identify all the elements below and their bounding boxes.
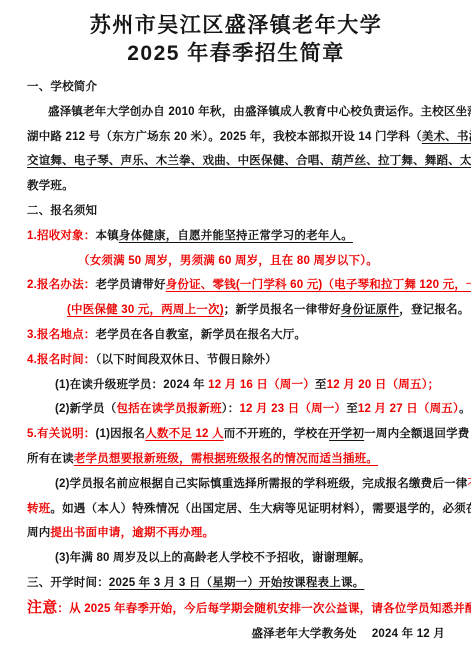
text-segment: (2)新学员（ — [55, 403, 116, 415]
text-segment: 2.报名办法： — [27, 279, 96, 291]
intro-line3: 交谊舞、电子琴、声乐、木兰拳、戏曲、中医保健、合唱、葫芦丝、拉丁舞、舞蹈、太极拳… — [27, 149, 445, 174]
intro-line4: 教学班。 — [27, 174, 445, 199]
text-segment: 。如遇（本人）特殊情况（出国定居、生大病等见证明材料），需要退学的，必须在开学后… — [50, 503, 471, 515]
text-segment: (中医保健 30 元，两周上一次) — [67, 304, 224, 316]
text-segment: 老学员想要报新班级，需根据班级报名的情况而适当插班。 — [74, 453, 378, 465]
section-heading-1: 一、学校简介 — [27, 75, 445, 100]
text-segment: 一、学校简介 — [27, 81, 97, 93]
item5-sub2-line3: 周内提出书面申请，逾期不再办理。 — [27, 521, 445, 546]
text-segment: 周内 — [27, 527, 50, 539]
text-segment: 盛泽镇老年大学创办自 2010 年秋，由盛泽镇成人教育中心校负责运作。主校区坐落… — [48, 106, 471, 118]
text-segment: 而不开班的，学校在 — [224, 428, 329, 440]
item2-line2: (中医保健 30 元，两周上一次)；新学员报名一律带好身份证原件，登记报名。 — [27, 298, 445, 323]
intro-line1: 盛泽镇老年大学创办自 2010 年秋，由盛泽镇成人教育中心校负责运作。主校区坐落… — [27, 100, 445, 125]
item5-line1: 5.有关说明：(1)因报名人数不足 12 人而不开班的，学校在开学初一周内全额退… — [27, 422, 445, 447]
text-segment: 1.招收对象： — [27, 230, 96, 242]
text-segment: 12 月 16 日（周一） — [208, 379, 315, 391]
text-segment: 老学员请带好 — [96, 279, 166, 291]
text-segment: （女须满 50 周岁，男须满 60 周岁，且在 80 周岁以下）。 — [78, 255, 378, 267]
text-segment: ）： — [222, 403, 240, 415]
text-segment: 2025 年春季招生简章 — [127, 42, 345, 65]
section-heading-3: 三、开学时间：2025 年 3 月 3 日（星期一）开始按课程表上课。 — [27, 571, 445, 596]
text-segment: 教学班。 — [27, 180, 74, 192]
text-segment: 注意 — [27, 599, 57, 616]
text-segment: 身体健康，自愿并能坚持正常学习的老年人。 — [119, 230, 353, 242]
enrollment-brochure-document: 苏州市吴江区盛泽镇老年大学2025 年春季招生简章一、学校简介盛泽镇老年大学创办… — [0, 0, 471, 646]
text-segment: 12 月 27 日（周五） — [358, 403, 459, 415]
item4-sub2: (2)新学员（包括在读学员报新班）：12 月 23 日（周一）至12 月 27 … — [27, 397, 445, 422]
text-segment: (2)学员报名前应根据自己实际慎重选择所需报的学科班级，完成报名缴费后一律 — [55, 478, 467, 490]
text-segment: 提出书面申请，逾期不再办理。 — [50, 527, 214, 539]
text-segment: 开学初 — [329, 428, 364, 440]
text-segment: ，登记报名。 — [399, 304, 469, 316]
text-segment: 二、报名须知 — [27, 205, 97, 217]
text-segment: 苏州市吴江区盛泽镇老年大学 — [90, 14, 383, 37]
text-segment: 老学员在各自教室，新学员在报名大厅。 — [96, 329, 307, 341]
intro-line2: 湖中路 212 号（东方广场东 20 米）。2025 年，我校本部拟开设 14 … — [27, 125, 445, 150]
text-segment: 转班 — [27, 503, 50, 515]
item5-line2: 所有在读老学员想要报新班级，需根据班级报名的情况而适当插班。 — [27, 447, 445, 472]
text-segment: 。 — [459, 403, 471, 415]
item1-line2: （女须满 50 周岁，男须满 60 周岁，且在 80 周岁以下）。 — [27, 249, 445, 274]
item4-line1: 4.报名时间：（以下时间段双休日、节假日除外） — [27, 348, 445, 373]
doc-title-line1: 苏州市吴江区盛泽镇老年大学 — [27, 12, 445, 40]
text-segment: 三、开学时间： — [27, 577, 109, 589]
text-segment: (3)年满 80 周岁及以上的高龄老人学校不予招收，谢谢理解。 — [55, 552, 370, 564]
text-segment: 一周内全额退回学费； — [364, 428, 471, 440]
text-segment: （以下时间段双休日、节假日除外） — [96, 354, 277, 366]
text-segment: (1)在读升级班学员：2024 年 — [55, 379, 208, 391]
text-segment: 2025 年 3 月 3 日（星期一）开始按课程表上课。 — [109, 577, 364, 589]
item5-sub2-line1: (2)学员报名前应根据自己实际慎重选择所需报的学科班级，完成报名缴费后一律不予退… — [27, 472, 445, 497]
text-segment: ；新学员报名一律带好 — [224, 304, 341, 316]
text-segment: 3.报名地点： — [27, 329, 96, 341]
text-segment: 身份证原件 — [341, 304, 400, 316]
notice-line: 注意：从 2025 年春季开始，今后每学期会随机安排一次公益课，请各位学员知悉并… — [27, 596, 445, 622]
text-segment: 至 — [346, 403, 358, 415]
item4-sub1: (1)在读升级班学员：2024 年 12 月 16 日（周一）至12 月 20 … — [27, 373, 445, 398]
text-segment: 4.报名时间： — [27, 354, 96, 366]
text-segment: 不予退款和 — [467, 478, 471, 490]
text-segment: 美术、书法、广场舞、 — [422, 131, 471, 143]
text-segment: 交谊舞、电子琴、声乐、木兰拳、戏曲、中医保健、合唱、葫芦丝、拉丁舞、舞蹈、太极拳 — [27, 155, 471, 167]
text-segment: (1)因报名 — [96, 428, 146, 440]
text-segment: 湖中路 212 号（东方广场东 20 米）。2025 年，我校本部拟开设 14 … — [27, 131, 422, 143]
text-segment: 12 月 20 日（周五）； — [327, 379, 440, 391]
item1-line1: 1.招收对象：本镇身体健康，自愿并能坚持正常学习的老年人。 — [27, 224, 445, 249]
text-segment: 5.有关说明： — [27, 428, 96, 440]
text-segment: 盛泽老年大学教务处 2024 年 12 月 — [251, 628, 445, 640]
text-segment: 至 — [315, 379, 327, 391]
item3-line1: 3.报名地点：老学员在各自教室，新学员在报名大厅。 — [27, 323, 445, 348]
section-heading-2: 二、报名须知 — [27, 199, 445, 224]
text-segment: 12 月 23 日（周一） — [239, 403, 346, 415]
text-segment: 包括在读学员报新班 — [116, 403, 221, 415]
item5-sub3: (3)年满 80 周岁及以上的高龄老人学校不予招收，谢谢理解。 — [27, 546, 445, 571]
doc-title-line2: 2025 年春季招生简章 — [27, 40, 445, 68]
item2-line1: 2.报名办法：老学员请带好身份证、零钱(一门学科 60 元)（电子琴和拉丁舞 1… — [27, 273, 445, 298]
text-segment: 本镇 — [96, 230, 119, 242]
item5-sub2-line2: 转班。如遇（本人）特殊情况（出国定居、生大病等见证明材料），需要退学的，必须在开… — [27, 497, 445, 522]
text-segment: 身份证、零钱(一门学科 60 元)（电子琴和拉丁舞 120 元，一周上两次） — [166, 279, 471, 291]
signature-line: 盛泽老年大学教务处 2024 年 12 月 — [27, 622, 445, 647]
text-segment: 所有在读 — [27, 453, 74, 465]
text-segment: 人数不足 12 人 — [145, 428, 223, 440]
text-segment: ：从 2025 年春季开始，今后每学期会随机安排一次公益课，请各位学员知悉并配合… — [57, 603, 471, 615]
